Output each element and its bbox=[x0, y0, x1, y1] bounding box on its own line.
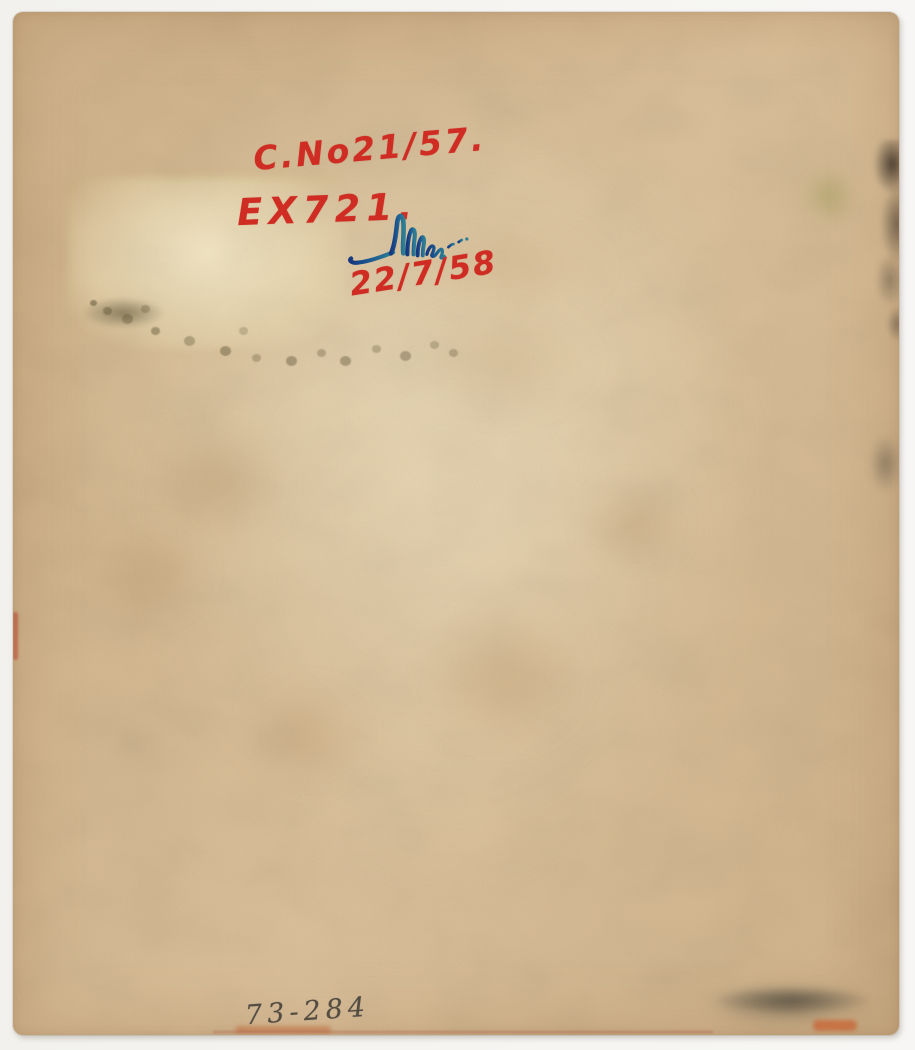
smudge-bottom-right bbox=[685, 972, 899, 1030]
stain-blotch bbox=[580, 480, 690, 570]
signature-mark bbox=[346, 208, 474, 270]
inscription-date: 22/7/58 bbox=[347, 243, 500, 304]
smudge-bottom-right-core bbox=[718, 987, 868, 1013]
inscription-accession-number: 73-284 bbox=[244, 992, 371, 1032]
stain-blotch bbox=[90, 520, 210, 620]
smudge-right-edge bbox=[870, 435, 899, 493]
inscription-exhibit-number: EX721. bbox=[236, 185, 418, 234]
stain-blotch bbox=[420, 600, 590, 750]
mark-orange-bottom-right bbox=[813, 1020, 857, 1031]
stain-blotch bbox=[400, 300, 600, 420]
mark-orange-bottom-left bbox=[235, 1026, 331, 1033]
scan-background: C.No21/57. EX721. 22/7/58 bbox=[0, 0, 915, 1050]
ink-blot-top-right bbox=[855, 140, 899, 340]
inscription-reference-number: C.No21/57. bbox=[252, 119, 488, 178]
stain-dark-blotch bbox=[83, 298, 163, 328]
stain-mold-speckles bbox=[90, 300, 97, 306]
stain-blotch bbox=[393, 212, 613, 322]
paper-grain-overlay bbox=[13, 12, 899, 1035]
mark-red-left-edge bbox=[13, 612, 18, 660]
mark-red-bottom-line bbox=[213, 1031, 713, 1033]
stain-center-light bbox=[133, 122, 753, 892]
stain-green bbox=[800, 168, 858, 223]
stain-blotch bbox=[140, 420, 290, 550]
paper-sheet: C.No21/57. EX721. 22/7/58 bbox=[13, 12, 899, 1035]
stain-ghost-label bbox=[68, 177, 346, 349]
stain-blotch bbox=[240, 680, 370, 790]
